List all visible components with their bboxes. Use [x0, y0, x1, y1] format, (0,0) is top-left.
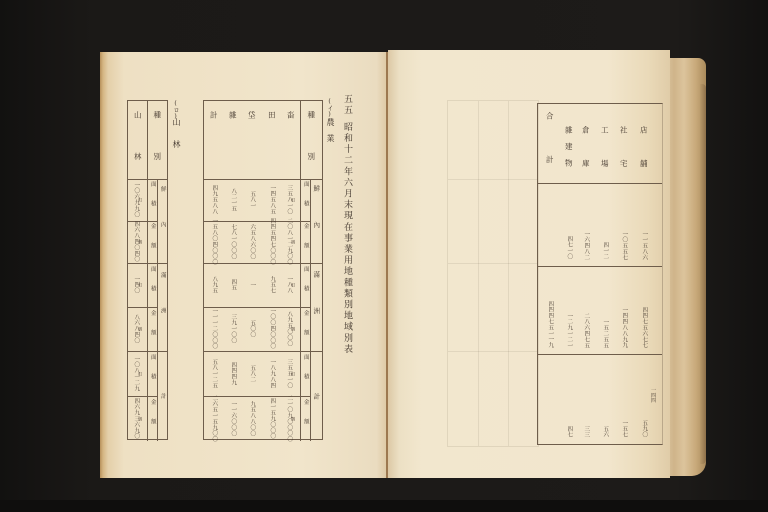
data-cell: 一〇八一二九町 [128, 351, 147, 396]
row-label-text: 金額 [149, 223, 155, 262]
column-header-label: 畓 [287, 111, 295, 119]
row-label: 面積 [300, 179, 310, 221]
group-label-text: 計 [313, 393, 320, 400]
data-cell: 六五八六〇〇 [242, 221, 261, 263]
unit-label: 町 [138, 198, 142, 202]
data-cell: 八二一五 [223, 179, 242, 221]
row-label-text: 面積 [149, 266, 155, 305]
data-cell: 一一一二〇〇〇 [204, 307, 223, 351]
cell-value: 六五八六〇〇 [249, 224, 255, 259]
group-label-text: 滿洲 [159, 272, 165, 343]
row-label-text: 金額 [302, 223, 308, 262]
page-title: 昭和十二年六月末現在事業用地種類別地域別表 [342, 122, 351, 355]
data-cell: 三五八一〇町 [281, 179, 300, 221]
cell-value: 一四四八八九九 [621, 307, 627, 348]
cell-value: 一〇五五七 [621, 231, 627, 261]
column-header-field: 田 [262, 101, 281, 179]
data-cell: 二八六四七五 [576, 266, 595, 354]
cell-value: 五八一二五 [211, 359, 217, 389]
group-label: 鮮內 [157, 179, 167, 263]
cell-value: 五九〇 [641, 420, 647, 438]
data-cell: 一八八町 [281, 263, 300, 307]
group-label-text: 鮮內 [313, 185, 320, 258]
section-title-forest: 山林 [172, 118, 180, 162]
show-through-line [448, 179, 538, 180]
row-label-text: 面積 [149, 181, 155, 220]
cell-value: 四九五八八 [211, 185, 217, 215]
row-label-text: 金額 [302, 310, 308, 349]
data-cell: 一〇五五七 [614, 183, 633, 266]
unit-label: 圓 [138, 417, 142, 421]
data-cell: 一八九八四 [262, 351, 281, 396]
cell-value: 一八九八四 [269, 359, 275, 389]
cell-value: 一四五八五 [269, 185, 275, 215]
data-cell: 三九一〇〇 [223, 307, 242, 351]
cell-value: 四七 [566, 426, 572, 438]
row-label-text: 面積 [149, 354, 155, 393]
column-header-label: 雜 [229, 111, 237, 119]
column-header-label: 雜建物 [565, 126, 573, 176]
column-header-paddy: 畓 [281, 101, 300, 179]
cell-value: 一 [249, 282, 255, 288]
unit-label: 圓 [138, 240, 142, 244]
cell-value: 四四四九 [230, 362, 236, 386]
show-through-line [448, 351, 538, 352]
column-header-company-housing: 社宅 [614, 104, 633, 183]
row-label: 金額 [300, 396, 310, 441]
data-cell: 五六 [595, 354, 614, 444]
row-header-type: 種別 [300, 101, 322, 179]
row-label: 金額 [147, 221, 157, 263]
cell-value: 一五七 [621, 420, 627, 438]
cell-value: 二六五一五九〇〇 [211, 395, 217, 442]
data-cell: 一〇〇四〇〇〇 [262, 307, 281, 351]
section-marker-forest: (ロ) [172, 100, 178, 120]
cell-value: 一一一二〇〇〇 [211, 308, 217, 349]
cell-value: 四七一〇 [566, 236, 572, 260]
data-cell: 八九五〇〇〇圓 [281, 307, 300, 351]
book-gutter [386, 52, 388, 478]
data-cell: 四一五九〇〇〇 [262, 396, 281, 441]
group-label: 滿洲 [157, 263, 167, 351]
cell-value: 四四五四七〇〇〇 [269, 218, 275, 265]
column-header-misc: 雜 [223, 101, 242, 179]
column-header-label: 垈 [248, 111, 256, 119]
data-cell: 五〇〇 [242, 307, 261, 351]
page-number-right: 一四四 [650, 387, 655, 403]
data-cell: 五八二 [242, 351, 261, 396]
cell-value: 五六 [602, 426, 608, 438]
group-label: 計 [310, 351, 322, 441]
data-cell: 四九五八八 [204, 179, 223, 221]
row-label-text: 金額 [149, 399, 155, 438]
section-title-agriculture: 農業 [326, 118, 334, 150]
cell-value: 四四七五六七七 [641, 307, 647, 348]
unit-label: 圓 [291, 417, 295, 421]
row-label: 金額 [147, 307, 157, 351]
column-header-label: 計 [210, 111, 218, 119]
column-header-misc-buildings: 雜建物 [559, 104, 578, 183]
data-cell: 四六九三六九〇圓 [128, 396, 147, 441]
column-header-total: 計 [204, 101, 223, 179]
data-cell: 八九五 [204, 263, 223, 307]
group-label: 滿洲 [310, 263, 322, 351]
show-through-line [448, 263, 538, 264]
column-header-site: 垈 [242, 101, 261, 179]
cell-value: 九五八八〇〇 [249, 401, 255, 436]
data-cell: 一四四八八九九 [614, 266, 633, 354]
data-cell: 七八一〇〇〇 [223, 221, 242, 263]
column-header-factories: 工場 [595, 104, 614, 183]
section-marker-agriculture: (イ) [326, 98, 332, 118]
data-cell: 一〇六九九〇町 [128, 179, 147, 221]
row-label: 面積 [147, 263, 157, 307]
row-label: 金額 [300, 307, 310, 351]
cell-value: 一五八〇四〇〇〇 [211, 218, 217, 265]
row-label: 面積 [300, 351, 310, 396]
row-label-text: 面積 [302, 266, 308, 305]
group-label-text: 滿洲 [313, 271, 320, 344]
data-cell: 八六八四〇圓 [128, 307, 147, 351]
cell-value: 一一六〇〇〇 [230, 401, 236, 436]
show-through-line [478, 101, 479, 446]
data-cell: 二一〇九〇〇〇〇圓 [281, 396, 300, 441]
data-cell: 一一六〇〇〇 [223, 396, 242, 441]
data-cell: 一六四八二 [576, 183, 595, 266]
data-cell: 四七 [559, 354, 578, 444]
data-cell: 四四七五六七七 [634, 266, 653, 354]
cell-value: 四一五九〇〇〇 [269, 398, 275, 439]
table-number: 五五 [342, 94, 351, 116]
row-label-text: 金額 [149, 310, 155, 349]
data-cell: 五八一二五 [204, 351, 223, 396]
group-label: 計 [157, 351, 167, 441]
data-cell: 四六八四〇四〇圓 [128, 221, 147, 263]
column-header-label: 田 [268, 111, 276, 119]
unit-label: 町 [291, 283, 295, 287]
row-label-text: 面積 [302, 354, 308, 393]
unit-label: 圓 [291, 240, 295, 244]
cell-value: 五八一 [249, 191, 255, 209]
row-label: 金額 [300, 221, 310, 263]
buildings-table: 店舖 社宅 工場 倉庫 雜建物 合計 一一五八六 一〇五五七 四一二 一六四八二… [537, 103, 663, 445]
unit-label: 町 [138, 372, 142, 376]
unit-label: 町 [291, 198, 295, 202]
data-cell: 九五八八〇〇 [242, 396, 261, 441]
cell-value: 八九五 [211, 276, 217, 294]
data-cell: 一四五八五 [262, 179, 281, 221]
cell-value: 四五 [230, 279, 236, 291]
data-cell: 一五八〇四〇〇〇 [204, 221, 223, 263]
data-cell: 三三 [576, 354, 595, 444]
column-header-forest: 山林 [128, 101, 147, 179]
cell-value: 四四四七五一一九 [547, 301, 553, 348]
data-cell: 三五五一〇町 [281, 351, 300, 396]
data-cell: 一五二五五 [595, 266, 614, 354]
row-label: 面積 [147, 351, 157, 396]
data-cell: 二〇八一二九〇〇圓 [281, 221, 300, 263]
data-cell: 四四四七五一一九 [540, 266, 559, 354]
cell-value: 一六四八二 [583, 231, 589, 261]
data-cell: 四七一〇 [559, 183, 578, 266]
row-header-type: 種別 [147, 101, 167, 179]
data-cell: 一四〇町 [128, 263, 147, 307]
data-cell: 四四四九 [223, 351, 242, 396]
cell-value: 一五二五五 [602, 319, 608, 349]
cell-value: 三三 [583, 426, 589, 438]
unit-label: 圓 [291, 327, 295, 331]
show-through-grid [447, 100, 539, 447]
unit-label: 圓 [138, 327, 142, 331]
cell-value: 一一五八六 [641, 231, 647, 261]
data-cell: 二六五一五九〇〇 [204, 396, 223, 441]
agriculture-table: 畓 田 垈 雜 計 種別 鮮內 滿洲 計 面積 金額 面積 金額 面積 金額 三… [203, 100, 323, 440]
unit-label: 町 [291, 372, 295, 376]
data-cell: 四四五四七〇〇〇 [262, 221, 281, 263]
row-label: 面積 [300, 263, 310, 307]
data-cell: 一五七 [614, 354, 633, 444]
row-label-text: 面積 [302, 181, 308, 220]
book-cover-edge [700, 84, 706, 464]
data-cell: 一一五八六 [634, 183, 653, 266]
data-cell [540, 183, 559, 266]
cell-value: 五〇〇 [249, 320, 255, 338]
forest-table: 山林 種別 鮮內 滿洲 計 面積 金額 面積 金額 面積 金額 一〇六九九〇町 … [127, 100, 168, 440]
data-cell: 五八一 [242, 179, 261, 221]
column-header-shops: 店舖 [634, 104, 653, 183]
row-label: 面積 [147, 179, 157, 221]
data-cell: 四一二 [595, 183, 614, 266]
cell-value: 八二一五 [230, 188, 236, 212]
data-cell: 四五 [223, 263, 242, 307]
column-header-total: 合計 [540, 104, 559, 183]
cell-value: 二八六四七五 [583, 313, 589, 348]
cell-value: 一〇〇四〇〇〇 [269, 308, 275, 349]
group-label-text: 計 [159, 393, 165, 399]
cell-value: 七八一〇〇〇 [230, 224, 236, 259]
unit-label: 町 [138, 283, 142, 287]
cell-value: 九五七 [269, 276, 275, 294]
cell-value: 五八二 [249, 365, 255, 383]
data-cell: 一 [242, 263, 261, 307]
group-label: 鮮內 [310, 179, 322, 263]
data-cell: 九五七 [262, 263, 281, 307]
group-label-text: 鮮內 [159, 186, 165, 257]
data-cell [540, 354, 559, 444]
data-cell: 一二九一二一 [559, 266, 578, 354]
cell-value: 三九一〇〇 [230, 314, 236, 344]
show-through-line [508, 101, 509, 446]
cell-value: 四一二 [602, 242, 608, 260]
row-label-text: 金額 [302, 399, 308, 438]
column-header-warehouses: 倉庫 [576, 104, 595, 183]
cell-value: 一二九一二一 [566, 313, 572, 348]
row-label: 金額 [147, 396, 157, 441]
